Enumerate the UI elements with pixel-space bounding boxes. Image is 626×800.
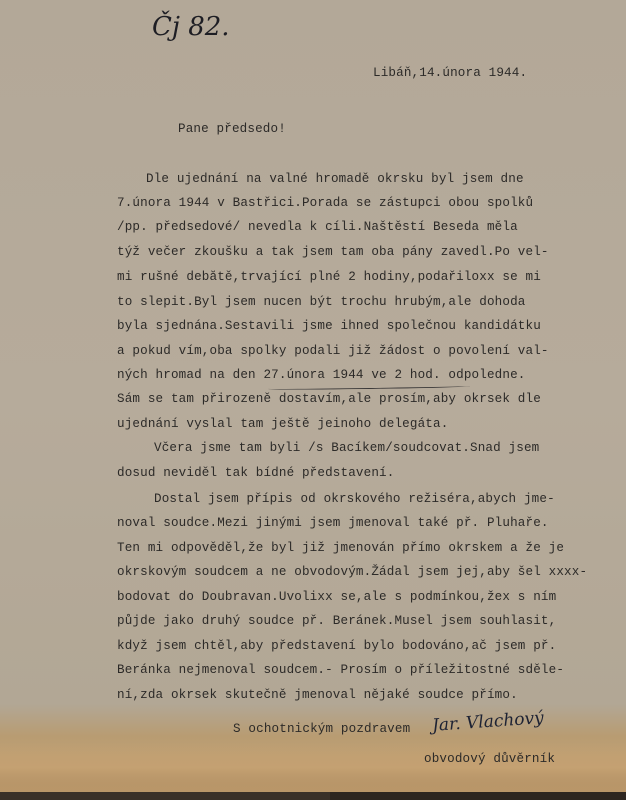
body-line: ní,zda okrsek skutečně jmenoval nějaké s… bbox=[117, 688, 518, 702]
body-line: 7.února 1944 v Bastřici.Porada se zástup… bbox=[117, 196, 533, 210]
body-line: to slepit.Byl jsem nucen být trochu hrub… bbox=[117, 295, 526, 309]
body-line: dosud neviděl tak bídné představení. bbox=[117, 466, 394, 480]
body-line: bodovat do Doubravan.Uvolixx se,ale s po… bbox=[117, 590, 556, 604]
body-line: týž večer zkoušku a tak jsem tam oba pán… bbox=[117, 245, 549, 259]
handwritten-signature: Jar. Vlachový bbox=[431, 708, 544, 736]
body-line: noval soudce.Mezi jinými jsem jmenoval t… bbox=[117, 516, 549, 530]
body-line: Sám se tam přirozeně dostavím,ale prosím… bbox=[117, 392, 541, 406]
handwritten-reference-number: Čj 82. bbox=[152, 12, 230, 42]
body-line: mi rušné debătě,trvající plné 2 hodiny,p… bbox=[117, 270, 541, 284]
body-line: Dle ujednání na valné hromadě okrsku byl… bbox=[146, 172, 524, 186]
place-and-date: Libáň,14.února 1944. bbox=[373, 66, 527, 80]
closing-greeting: S ochotnickým pozdravem bbox=[233, 722, 410, 736]
body-line: a pokud vím,oba spolky podali již žádost… bbox=[117, 344, 549, 358]
body-line: ných hromad na den 27.února 1944 ve 2 ho… bbox=[117, 368, 526, 382]
letter-page: Čj 82. Libáň,14.února 1944. Pane předsed… bbox=[0, 0, 626, 800]
handwritten-underline bbox=[268, 385, 470, 391]
body-line: ujednání vyslal tam ještě jeinoho delegá… bbox=[117, 417, 448, 431]
body-line: když jsem chtěl,aby představení bylo bod… bbox=[117, 639, 556, 653]
body-line: /pp. předsedové/ nevedla k cíli.Naštěstí… bbox=[117, 220, 518, 234]
salutation: Pane předsedo! bbox=[178, 122, 286, 136]
body-line: Dostal jsem přípis od okrskového režisér… bbox=[154, 492, 555, 506]
signer-title: obvodový důvěrník bbox=[424, 752, 555, 766]
body-line: Včera jsme tam byli /s Bacíkem/soudcovat… bbox=[154, 441, 539, 455]
body-line: byla sjednána.Sestavili jsme ihned spole… bbox=[117, 319, 541, 333]
paper-bottom-edge bbox=[0, 742, 626, 792]
body-line: okrskovým soudcem a ne obvodovým.Žádal j… bbox=[117, 565, 587, 579]
body-line: Beránka nejmenoval soudcem.- Prosím o př… bbox=[117, 663, 564, 677]
background-shadow bbox=[330, 792, 626, 800]
body-line: půjde jako druhý soudce př. Beránek.Muse… bbox=[117, 614, 556, 628]
body-line: Ten mi odpověděl,že byl již jmenován pří… bbox=[117, 541, 564, 555]
